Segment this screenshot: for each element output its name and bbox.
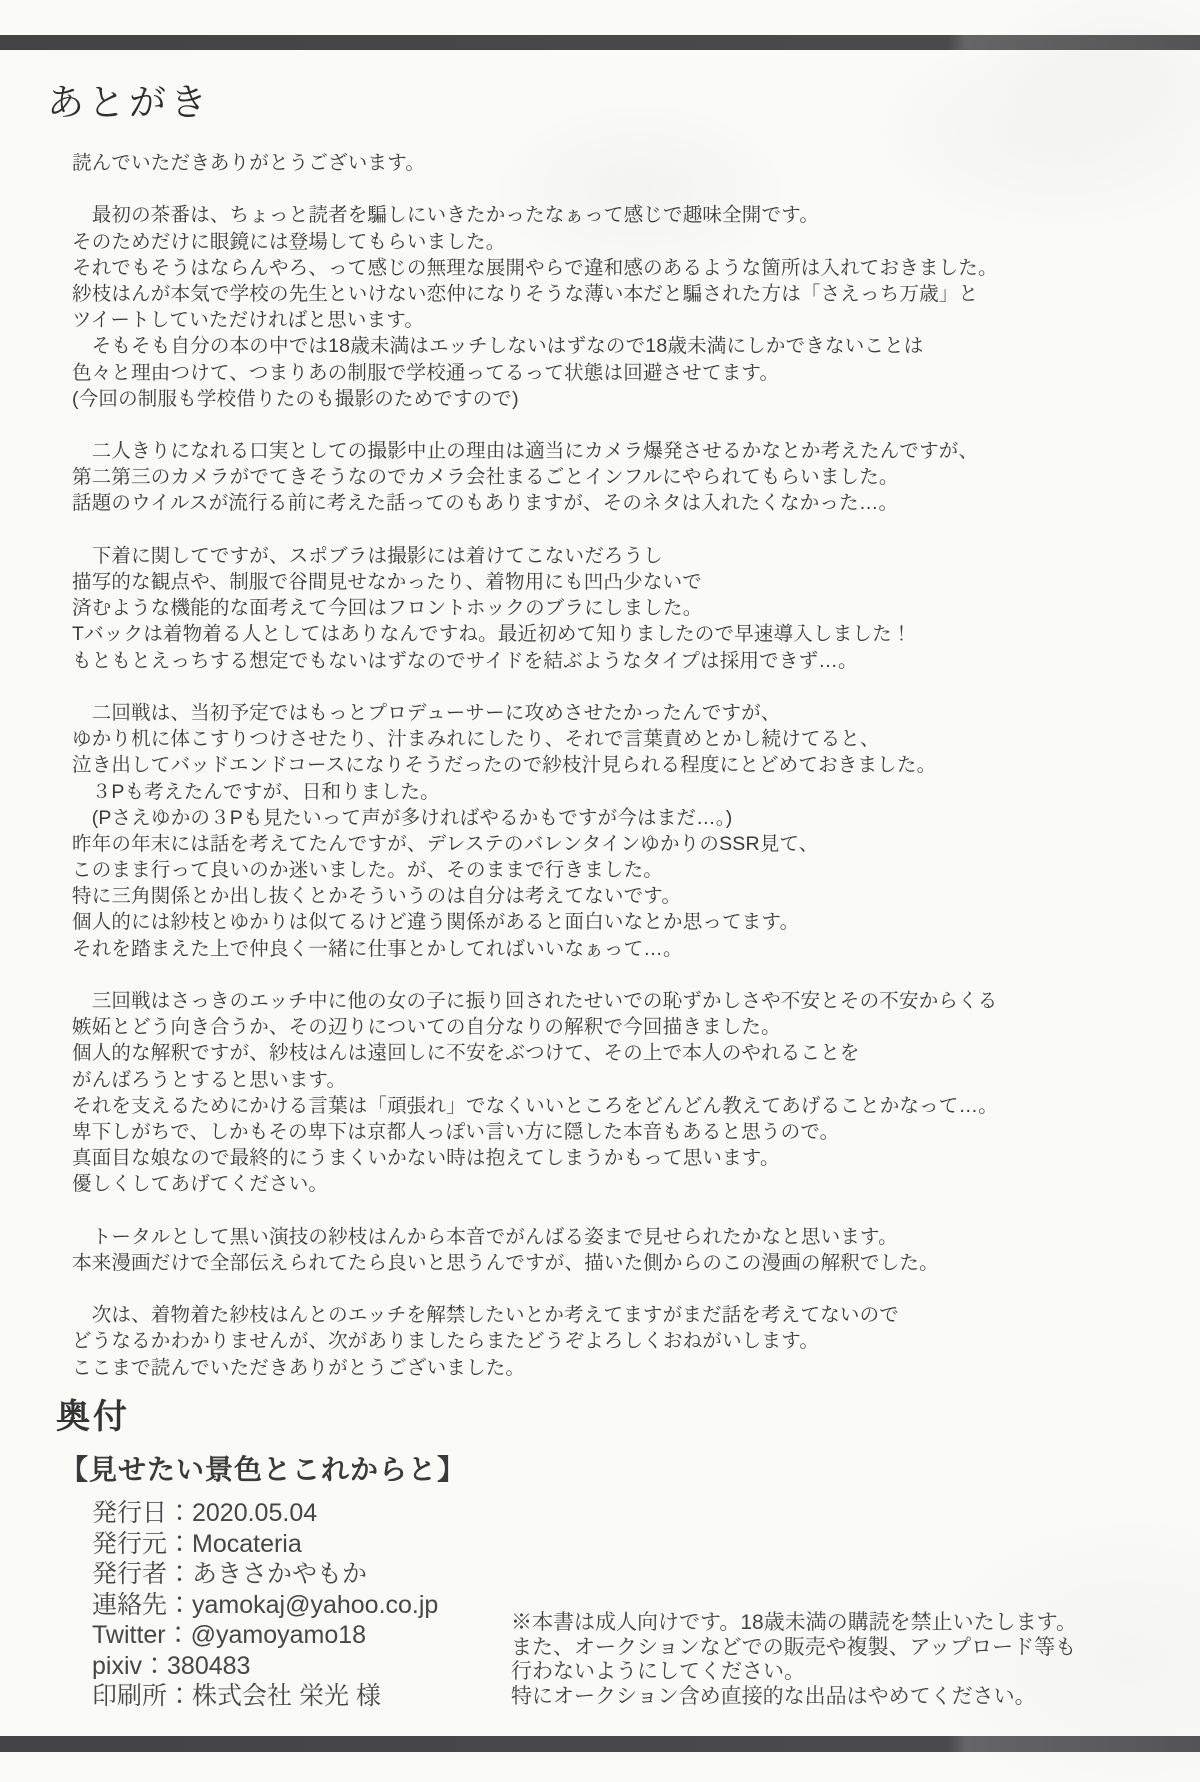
afterword-body: 読んでいただきありがとうございます。 最初の茶番は、ちょっと読者を騙しにいきたか… (72, 150, 998, 1381)
afterword-line: ゆかり机に体こすりつけさせたり、汁まみれにしたり、それで言葉責めとかし続けてると… (72, 726, 998, 752)
afterword-line (72, 674, 998, 700)
afterword-line: 二人きりになれる口実としての撮影中止の理由は適当にカメラ爆発させるかなとか考えた… (72, 438, 998, 464)
colophon-entry: 連絡先：yamokaj@yahoo.co.jp (92, 1590, 438, 1621)
afterword-line: 次は、着物着た紗枝はんとのエッチを解禁したいとか考えてますがまだ話を考えてないの… (72, 1302, 998, 1328)
afterword-line: 済むような機能的な面考えて今回はフロントホックのブラにしました。 (72, 595, 998, 621)
afterword-line: 昨年の年末には話を考えてたんですが、デレステのバレンタインゆかりのSSR見て、 (72, 831, 998, 857)
colophon-entry: pixiv：380483 (92, 1651, 438, 1682)
afterword-line: 卑下しがちで、しかもその卑下は京都人っぽい言い方に隠した本音もあると思うので。 (72, 1119, 998, 1145)
afterword-line: 読んでいただきありがとうございます。 (72, 150, 998, 176)
afterword-line: ツイートしていただければと思います。 (72, 307, 998, 333)
notice-line: 特にオークション含め直接的な出品はやめてください。 (511, 1685, 1077, 1710)
afterword-line: もともとえっちする想定でもないはずなのでサイドを結ぶようなタイプは採用できず…。 (72, 648, 998, 674)
afterword-line: 真面目な娘なので最終的にうまくいかない時は抱えてしまうかもって思います。 (72, 1145, 998, 1171)
afterword-line: Tバックは着物着る人としてはありなんですね。最近初めて知りましたので早速導入しま… (72, 621, 998, 647)
afterword-line (72, 176, 998, 202)
afterword-line (72, 412, 998, 438)
afterword-line: 話題のウイルスが流行る前に考えた話ってのもありますが、そのネタは入れたくなかった… (72, 490, 998, 516)
afterword-line: それを踏まえた上で仲良く一緒に仕事とかしてればいいなぁって…。 (72, 936, 998, 962)
afterword-line: 個人的な解釈ですが、紗枝はんは遠回しに不安をぶつけて、その上で本人のやれることを (72, 1040, 998, 1066)
afterword-line: 嫉妬とどう向き合うか、その辺りについての自分なりの解釈で今回描きました。 (72, 1014, 998, 1040)
afterword-line: 二回戦は、当初予定ではもっとプロデューサーに攻めさせたかったんですが、 (72, 700, 998, 726)
afterword-line: どうなるかわかりませんが、次がありましたらまたどうぞよろしくおねがいします。 (72, 1328, 998, 1354)
afterword-line (72, 1198, 998, 1224)
notice-line: ※本書は成人向けです。18歳未満の購読を禁止いたします。 (511, 1611, 1077, 1636)
adult-content-notice: ※本書は成人向けです。18歳未満の購読を禁止いたします。また、オークションなどで… (511, 1611, 1077, 1709)
afterword-line: (Pさえゆかの３Pも見たいって声が多ければやるかもですが今はまだ…。) (72, 805, 998, 831)
colophon-heading: 奥付 (56, 1389, 130, 1438)
afterword-line: トータルとして黒い演技の紗枝はんから本音でがんばる姿まで見せられたかなと思います… (72, 1224, 998, 1250)
colophon-entry: 発行者：あきさかやもか (92, 1559, 438, 1590)
afterword-heading: あとがき (47, 72, 211, 126)
colophon-entry: 印刷所：株式会社 栄光 様 (92, 1681, 438, 1712)
colophon-entry: 発行元：Mocateria (92, 1529, 438, 1560)
afterword-line (72, 962, 998, 988)
afterword-line: 三回戦はさっきのエッチ中に他の女の子に振り回されたせいでの恥ずかしさや不安とその… (72, 988, 998, 1014)
afterword-line: 紗枝はんが本気で学校の先生といけない恋仲になりそうな薄い本だと騙された方は「さえ… (72, 281, 998, 307)
afterword-line: 第二第三のカメラがでてきそうなのでカメラ会社まるごとインフルにやられてもらいまし… (72, 464, 998, 490)
afterword-line: 本来漫画だけで全部伝えられてたら良いと思うんですが、描いた側からのこの漫画の解釈… (72, 1250, 998, 1276)
afterword-line: 色々と理由つけて、つまりあの制服で学校通ってるって状態は回避させてます。 (72, 360, 998, 386)
afterword-line (72, 1276, 998, 1302)
afterword-line: がんばろうとすると思います。 (72, 1067, 998, 1093)
colophon-entries: 発行日：2020.05.04発行元：Mocateria発行者：あきさかやもか連絡… (92, 1498, 438, 1712)
colophon-entry: 発行日：2020.05.04 (92, 1498, 438, 1529)
afterword-line: 特に三角関係とか出し抜くとかそういうのは自分は考えてないです。 (72, 883, 998, 909)
afterword-line: 描写的な観点や、制服で谷間見せなかったり、着物用にも凹凸少ないで (72, 569, 998, 595)
afterword-line: ３Pも考えたんですが、日和りました。 (72, 779, 998, 805)
afterword-line: それを支えるためにかける言葉は「頑張れ」でなくいいところをどんどん教えてあげるこ… (72, 1093, 998, 1119)
afterword-line: 泣き出してバッドエンドコースになりそうだったので紗枝汁見られる程度にとどめておき… (72, 752, 998, 778)
afterword-line: そのためだけに眼鏡には登場してもらいました。 (72, 229, 998, 255)
afterword-line: 個人的には紗枝とゆかりは似てるけど違う関係があると面白いなとか思ってます。 (72, 909, 998, 935)
afterword-line: それでもそうはならんやろ、って感じの無理な展開やらで違和感のあるような箇所は入れ… (72, 255, 998, 281)
colophon-entry: Twitter：@yamoyamo18 (92, 1620, 438, 1651)
afterword-line: (今回の制服も学校借りたのも撮影のためですので) (72, 386, 998, 412)
notice-line: 行わないようにしてください。 (511, 1660, 1077, 1685)
afterword-line: そもそも自分の本の中では18歳未満はエッチしないはずなので18歳未満にしかできな… (72, 333, 998, 359)
afterword-line: このまま行って良いのか迷いました。が、そのままで行きました。 (72, 857, 998, 883)
afterword-line (72, 517, 998, 543)
afterword-line: ここまで読んでいただきありがとうございました。 (72, 1355, 998, 1381)
afterword-line: 下着に関してですが、スポブラは撮影には着けてこないだろうし (72, 543, 998, 569)
notice-line: また、オークションなどでの販売や複製、アップロード等も (511, 1636, 1077, 1661)
afterword-line: 優しくしてあげてください。 (72, 1171, 998, 1197)
scanned-afterword-page: あとがき 読んでいただきありがとうございます。 最初の茶番は、ちょっと読者を騙し… (0, 0, 1200, 1782)
top-divider-bar (0, 35, 1200, 50)
bottom-divider-bar (0, 1736, 1200, 1752)
book-title: 【見せたい景色とこれからと】 (60, 1448, 466, 1488)
afterword-line: 最初の茶番は、ちょっと読者を騙しにいきたかったなぁって感じで趣味全開です。 (72, 202, 998, 228)
